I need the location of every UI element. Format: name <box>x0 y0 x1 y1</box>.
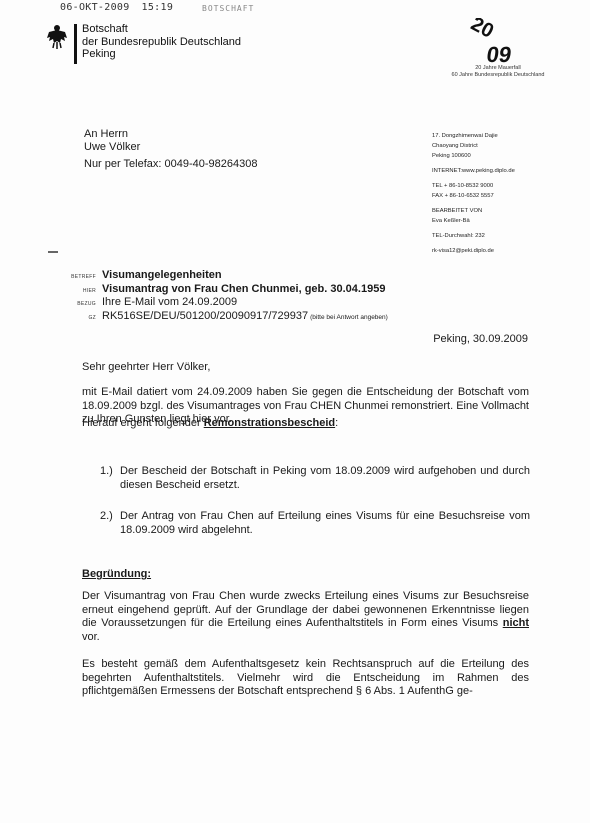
text: Der Visumantrag von Frau Chen wurde zwec… <box>82 590 529 629</box>
text: vor. <box>82 631 100 643</box>
email-address: rk-visa12@peki.diplo.de <box>432 246 515 256</box>
paragraph-decision-intro: Hierauf ergeht folgender Remonstrationsb… <box>82 417 529 431</box>
fax-sender-id: BOTSCHAFT <box>202 4 254 13</box>
fold-mark <box>48 251 58 253</box>
item-text: Der Antrag von Frau Chen auf Erteilung e… <box>120 510 530 537</box>
fax-number-line: Nur per Telefax: 0049-40-98264308 <box>84 158 257 170</box>
anniversary-2009-logo: 20 09 <box>462 18 532 64</box>
reference-text: Ihre E-Mail vom 24.09.2009 <box>102 297 237 309</box>
reference-row: Hier Visumantrag von Frau Chen Chunmei, … <box>64 284 388 298</box>
decision-item: 1.) Der Bescheid der Botschaft in Peking… <box>100 465 530 492</box>
reference-row: Gz RK516SE/DEU/501200/20090917/729937 (b… <box>64 311 388 325</box>
reference-row: Betreff Visumangelegenheiten <box>64 270 388 284</box>
handled-by-label: BEARBEITET VON <box>432 206 515 216</box>
embassy-line: Botschaft <box>82 23 241 36</box>
letterhead-divider <box>74 24 77 64</box>
fax-transmission-header: 06-OKT-200915:19 <box>60 2 173 13</box>
subject: Visumangelegenheiten <box>102 270 222 282</box>
reference-label: Hier <box>64 286 96 298</box>
file-number-note: (bitte bei Antwort angeben) <box>310 312 388 324</box>
decision-title: Remonstrationsbescheid <box>204 417 335 429</box>
reference-label: Betreff <box>64 272 96 284</box>
reference-label: Gz <box>64 313 96 325</box>
sender-info-block: 17. Dongzhimenwai Dajie Chaoyang Distric… <box>432 131 515 256</box>
subject-detail: Visumantrag von Frau Chen Chunmei, geb. … <box>102 284 385 296</box>
recipient-line: An Herrn <box>84 128 140 141</box>
recipient-name: Uwe Völker <box>84 141 140 154</box>
anniversary-line: 60 Jahre Bundesrepublik Deutschland <box>448 72 548 79</box>
paragraph-legal-basis: Es besteht gemäß dem Aufenthaltsgesetz k… <box>82 658 529 699</box>
text: Hierauf ergeht folgender <box>82 417 204 429</box>
embassy-name: Botschaft der Bundesrepublik Deutschland… <box>82 23 241 61</box>
reference-label: Bezug <box>64 299 96 311</box>
decision-item: 2.) Der Antrag von Frau Chen auf Erteilu… <box>100 510 530 537</box>
item-number: 1.) <box>100 465 120 492</box>
letter-date: Peking, 30.09.2009 <box>433 333 528 345</box>
phone-extension: TEL-Durchwahl: 232 <box>432 231 515 241</box>
fax-time: 15:19 <box>142 2 174 13</box>
anniversary-caption: 20 Jahre Mauerfall 60 Jahre Bundesrepubl… <box>448 65 548 79</box>
federal-eagle-icon <box>46 24 68 50</box>
address-line: Chaoyang District <box>432 141 515 151</box>
reasoning-heading: Begründung: <box>82 568 151 580</box>
reference-block: Betreff Visumangelegenheiten Hier Visuma… <box>64 270 388 324</box>
paragraph-reasoning: Der Visumantrag von Frau Chen wurde zwec… <box>82 590 529 644</box>
reference-row: Bezug Ihre E-Mail vom 24.09.2009 <box>64 297 388 311</box>
emphasis: nicht <box>503 617 529 629</box>
embassy-line: der Bundesrepublik Deutschland <box>82 36 241 49</box>
item-number: 2.) <box>100 510 120 537</box>
svg-text:09: 09 <box>485 42 513 64</box>
website: INTERNET:www.peking.diplo.de <box>432 166 515 176</box>
text: : <box>335 417 338 429</box>
file-number: RK516SE/DEU/501200/20090917/729937 <box>102 311 308 323</box>
address-line: 17. Dongzhimenwai Dajie <box>432 131 515 141</box>
item-text: Der Bescheid der Botschaft in Peking vom… <box>120 465 530 492</box>
anniversary-line: 20 Jahre Mauerfall <box>448 65 548 72</box>
fax-date: 06-OKT-2009 <box>60 2 130 13</box>
fax-number: FAX + 86-10-6532 5557 <box>432 191 515 201</box>
heading-text: Begründung: <box>82 568 151 580</box>
phone-number: TEL + 86-10-8532 9000 <box>432 181 515 191</box>
salutation: Sehr geehrter Herr Völker, <box>82 361 529 375</box>
handled-by-name: Eva Keßler-Bä <box>432 216 515 226</box>
svg-text:20: 20 <box>467 18 497 43</box>
embassy-line: Peking <box>82 48 241 61</box>
address-line: Peking 100600 <box>432 151 515 161</box>
recipient-address: An Herrn Uwe Völker <box>84 128 140 153</box>
